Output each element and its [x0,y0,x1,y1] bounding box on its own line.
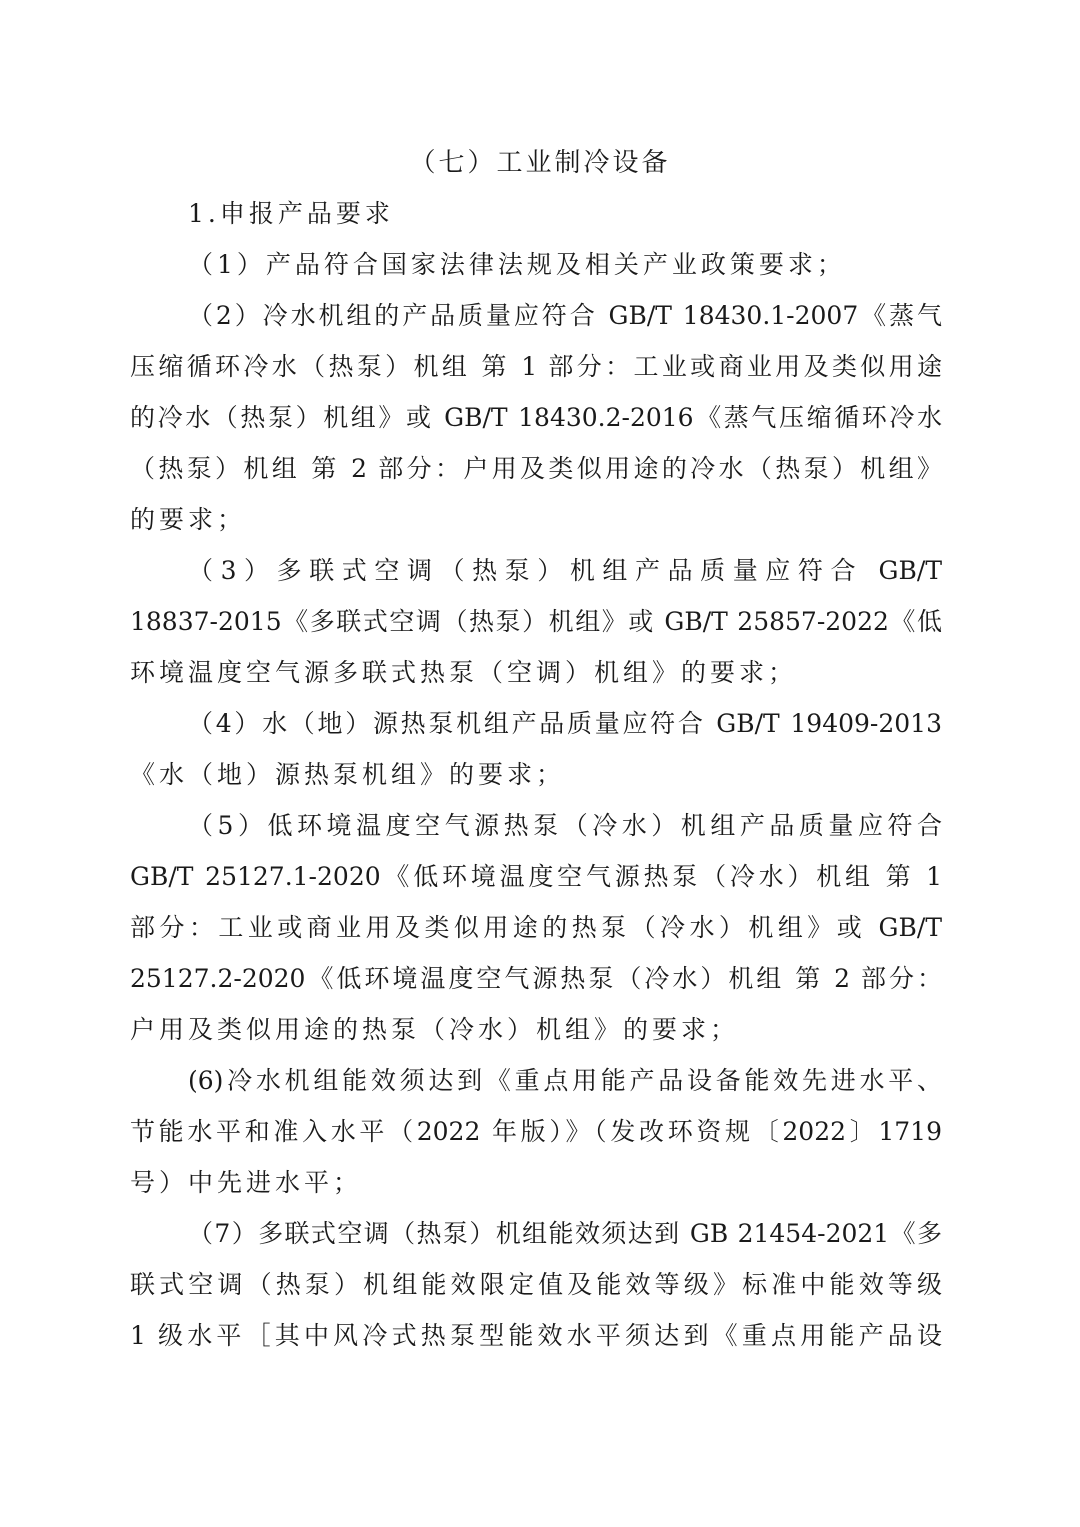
text-line: （1）产品符合国家法律法规及相关产业政策要求； [130,242,942,293]
text-line: （热泵）机组 第 2 部分：户用及类似用途的冷水（热泵）机组》 [130,446,942,497]
text-line: 节能水平和准入水平（2022 年版）》（发改环资规〔2022〕1719 [130,1109,942,1160]
document-body: 1.申报产品要求 （1）产品符合国家法律法规及相关产业政策要求；（2）冷水机组的… [130,191,942,1364]
text-line: 1 级水平［其中风冷式热泵型能效水平须达到《重点用能产品设 [130,1313,942,1364]
text-line: （4）水（地）源热泵机组产品质量应符合 GB/T 19409-2013 [130,701,942,752]
text-line: 25127.2-2020《低环境温度空气源热泵（冷水）机组 第 2 部分： [130,956,942,1007]
text-line: 户用及类似用途的热泵（冷水）机组》的要求； [130,1007,942,1058]
text-line: （7）多联式空调（热泵）机组能效须达到 GB 21454-2021《多 [130,1211,942,1262]
text-line: GB/T 25127.1-2020《低环境温度空气源热泵（冷水）机组 第 1 [130,854,942,905]
text-line: 环境温度空气源多联式热泵（空调）机组》的要求； [130,650,942,701]
text-line: 联式空调（热泵）机组能效限定值及能效等级》标准中能效等级 [130,1262,942,1313]
text-line: （2）冷水机组的产品质量应符合 GB/T 18430.1-2007《蒸气 [130,293,942,344]
text-line: 的冷水（热泵）机组》或 GB/T 18430.2-2016《蒸气压缩循环冷水 [130,395,942,446]
text-line: 号）中先进水平； [130,1160,942,1211]
text-line: 18837-2015《多联式空调（热泵）机组》或 GB/T 25857-2022… [130,599,942,650]
text-line: 部分：工业或商业用及类似用途的热泵（冷水）机组》或 GB/T [130,905,942,956]
text-line: （3）多联式空调（热泵）机组产品质量应符合 GB/T [130,548,942,599]
section-title: （七）工业制冷设备 [0,140,1080,186]
subheading: 1.申报产品要求 [130,191,942,242]
document-page: （七）工业制冷设备 1.申报产品要求 （1）产品符合国家法律法规及相关产业政策要… [0,0,1080,1527]
text-line: (6)冷水机组能效须达到《重点用能产品设备能效先进水平、 [130,1058,942,1109]
text-line: 《水（地）源热泵机组》的要求； [130,752,942,803]
text-line: 的要求； [130,497,942,548]
paragraph-lines: （1）产品符合国家法律法规及相关产业政策要求；（2）冷水机组的产品质量应符合 G… [130,242,942,1364]
text-line: （5）低环境温度空气源热泵（冷水）机组产品质量应符合 [130,803,942,854]
text-line: 压缩循环冷水（热泵）机组 第 1 部分：工业或商业用及类似用途 [130,344,942,395]
